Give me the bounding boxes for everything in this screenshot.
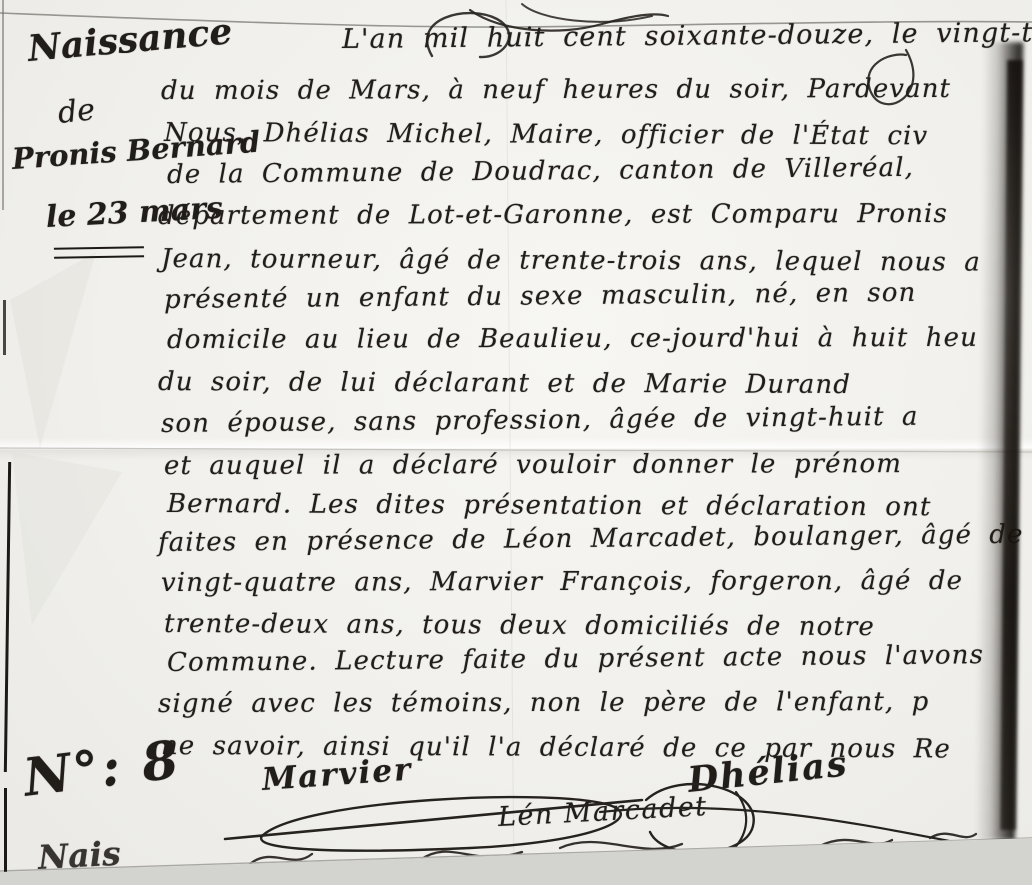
- body-line-9: du soir, de lui déclarant et de Marie Du…: [158, 369, 851, 398]
- body-line-14: vingt-quatre ans, Marvier François, forg…: [161, 568, 963, 596]
- body-line-8: domicile au lieu de Beaulieu, ce-jourd'h…: [167, 325, 978, 353]
- margin-note-de: de: [56, 92, 96, 131]
- body-line-12: Bernard. Les dites présentation et décla…: [167, 491, 932, 520]
- body-line-16: Commune. Lecture faite du présent acte n…: [167, 642, 984, 676]
- body-line-4: de la Commune de Doudrac, canton de Vill…: [167, 155, 914, 188]
- body-line-7: présenté un enfant du sexe masculin, né,…: [164, 280, 917, 313]
- body-line-10: son épouse, sans profession, âgée de vin…: [161, 404, 919, 437]
- margin-date-underline: [54, 246, 144, 259]
- left-page-edge-top: [2, 0, 4, 210]
- body-line-3: Nous, Dhélias Michel, Maire, officier de…: [164, 120, 928, 149]
- left-page-edge-mid: [3, 300, 6, 355]
- scanned-register-page: Naissance de Pronis Bernard le 23 mars N…: [0, 0, 1032, 885]
- left-page-edge-bottom: [4, 788, 7, 885]
- body-line-15: trente-deux ans, tous deux domiciliés de…: [164, 611, 875, 640]
- body-line-13: faites en présence de Léon Marcadet, bou…: [158, 522, 1024, 556]
- body-line-11: et auquel il a déclaré vouloir donner le…: [164, 451, 902, 479]
- body-line-1: L'an mil huit cent soixante-douze, le vi…: [342, 19, 1032, 53]
- body-line-2: du mois de Mars, à neuf heures du soir, …: [161, 76, 951, 104]
- body-line-6: Jean, tourneur, âgé de trente-trois ans,…: [161, 246, 981, 276]
- body-line-17: signé avec les témoins, non le père de l…: [158, 689, 929, 717]
- body-line-5: département de Lot-et-Garonne, est Compa…: [158, 201, 948, 229]
